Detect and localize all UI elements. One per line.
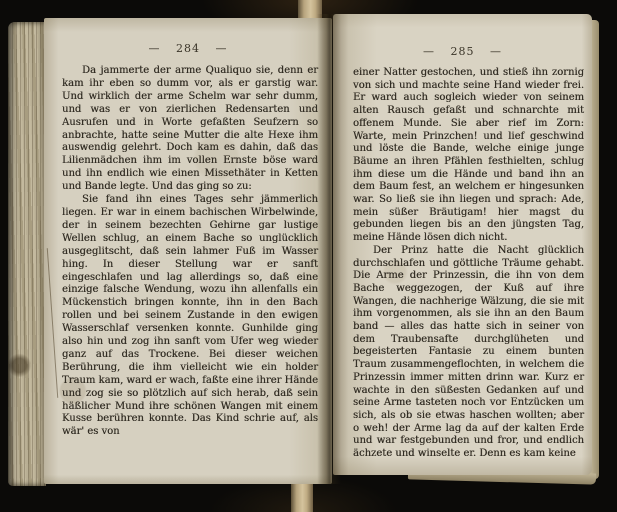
right-page: — 285 — einer Natter gestochen, und stie… — [333, 14, 592, 475]
paragraph: Da jammerte der arme Qualiquo sie, denn … — [62, 65, 318, 194]
right-page-number: — 285 — — [333, 14, 592, 58]
book-scan-scene: — 284 — Da jammerte der arme Qualiquo si… — [0, 0, 617, 512]
paragraph: Sie fand ihn eines Tages sehr jämmerlich… — [62, 194, 318, 439]
left-page: — 284 — Da jammerte der arme Qualiquo si… — [44, 18, 332, 484]
right-page-text: einer Natter gestochen, und stieß ihn zo… — [353, 67, 584, 461]
left-page-text: Da jammerte der arme Qualiquo sie, denn … — [62, 65, 318, 439]
left-page-number: — 284 — — [44, 18, 332, 55]
paragraph: einer Natter gestochen, und stieß ihn zo… — [353, 67, 584, 245]
left-page-fore-edge — [8, 22, 46, 486]
paragraph: Der Prinz hatte die Nacht glücklich durc… — [353, 245, 584, 461]
